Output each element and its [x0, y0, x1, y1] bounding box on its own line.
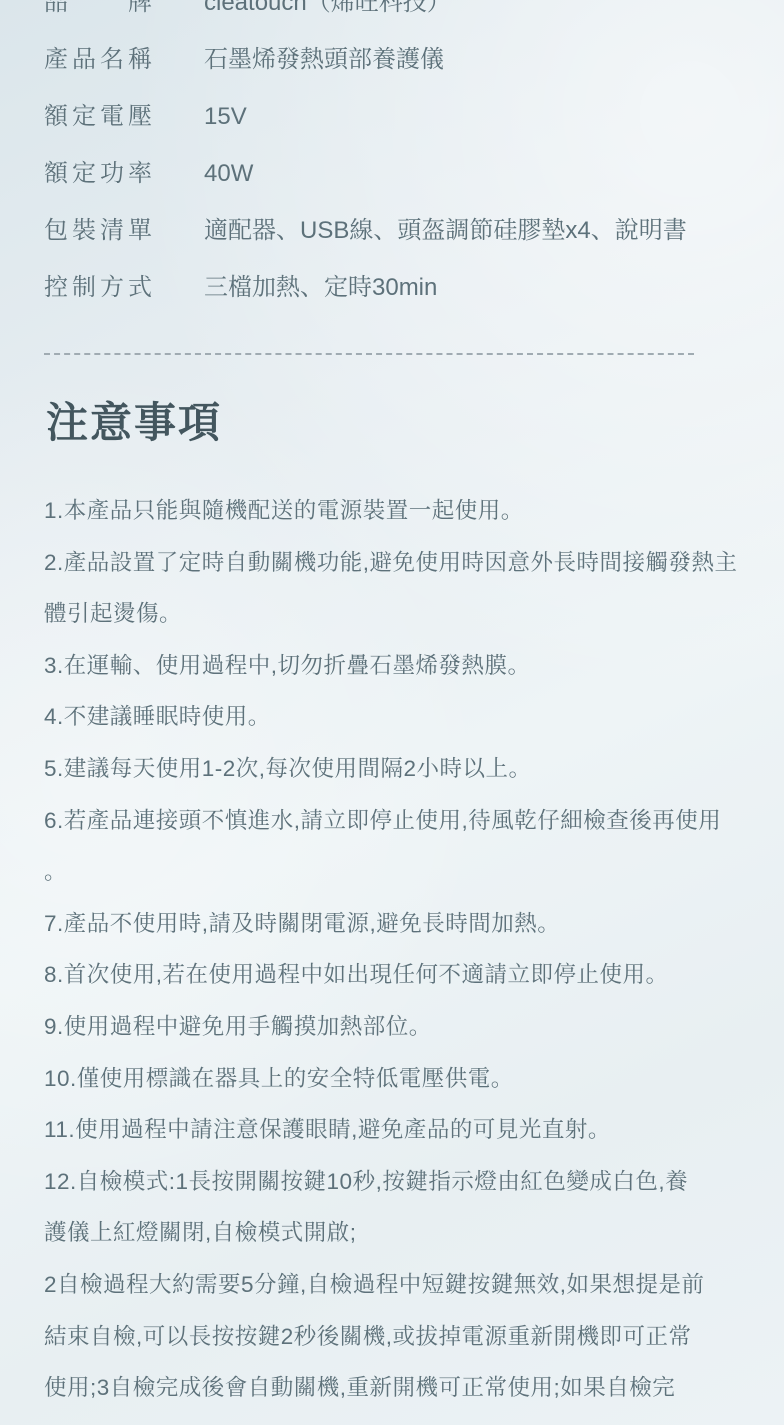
spec-row-rated-power: 額定功率 40W	[44, 145, 740, 202]
spec-value: 石墨烯發熱頭部養護儀	[204, 31, 444, 88]
notice-item-8: 8.首次使用,若在使用過程中如出現任何不適請立即停止使用。	[44, 949, 740, 1001]
spec-row-rated-voltage: 額定電壓 15V	[44, 88, 740, 145]
spec-label: 產品名稱	[44, 31, 152, 88]
spec-value: 40W	[204, 145, 253, 202]
notice-item-1: 1.本產品只能與隨機配送的電源裝置一起使用。	[44, 485, 740, 537]
notice-item-7: 7.產品不使用時,請及時關閉電源,避免長時間加熱。	[44, 898, 740, 950]
spec-label: 品牌	[44, 0, 152, 31]
notice-item-12-continued: 2自檢過程大約需要5分鐘,自檢過程中短鍵按鍵無效,如果想提是前 結束自檢,可以長…	[44, 1259, 740, 1414]
notice-heading: 注意事項	[46, 401, 740, 445]
notice-item-10: 10.僅使用標識在器具上的安全特低電壓供電。	[44, 1053, 740, 1105]
spec-table: 品牌 cleatouch（烯旺科技） 產品名稱 石墨烯發熱頭部養護儀 額定電壓 …	[44, 0, 740, 316]
notice-list: 1.本產品只能與隨機配送的電源裝置一起使用。 2.產品設置了定時自動關機功能,避…	[44, 485, 740, 1414]
spec-label: 控制方式	[44, 259, 152, 316]
product-detail-page: 品牌 cleatouch（烯旺科技） 產品名稱 石墨烯發熱頭部養護儀 額定電壓 …	[0, 0, 784, 1425]
spec-row-control-mode: 控制方式 三檔加熱、定時30min	[44, 259, 740, 316]
notice-item-9: 9.使用過程中避免用手觸摸加熱部位。	[44, 1001, 740, 1053]
spec-row-package-list: 包裝清單 適配器、USB線、頭盔調節硅膠墊x4、說明書	[44, 202, 740, 259]
notice-item-6: 6.若產品連接頭不慎進水,請立即停止使用,待風乾仔細檢查後再使用 。	[44, 795, 740, 898]
notice-item-11: 11.使用過程中請注意保護眼睛,避免產品的可見光直射。	[44, 1104, 740, 1156]
spec-label: 額定電壓	[44, 88, 152, 145]
spec-value: 15V	[204, 88, 247, 145]
spec-label: 額定功率	[44, 145, 152, 202]
spec-value: 三檔加熱、定時30min	[204, 259, 437, 316]
notice-item-12: 12.自檢模式:1長按開關按鍵10秒,按鍵指示燈由紅色變成白色,養 護儀上紅燈關…	[44, 1156, 740, 1259]
notice-item-4: 4.不建議睡眠時使用。	[44, 691, 740, 743]
notice-item-2: 2.產品設置了定時自動關機功能,避免使用時因意外長時間接觸發熱主 體引起燙傷。	[44, 537, 740, 640]
spec-row-product-name: 產品名稱 石墨烯發熱頭部養護儀	[44, 31, 740, 88]
notice-item-5: 5.建議每天使用1-2次,每次使用間隔2小時以上。	[44, 743, 740, 795]
dashed-divider	[44, 353, 694, 355]
spec-row-brand: 品牌 cleatouch（烯旺科技）	[44, 0, 740, 31]
spec-label: 包裝清單	[44, 202, 152, 259]
spec-value: 適配器、USB線、頭盔調節硅膠墊x4、說明書	[204, 202, 687, 259]
notice-item-3: 3.在運輸、使用過程中,切勿折疊石墨烯發熱膜。	[44, 640, 740, 692]
spec-value: cleatouch（烯旺科技）	[204, 0, 451, 31]
